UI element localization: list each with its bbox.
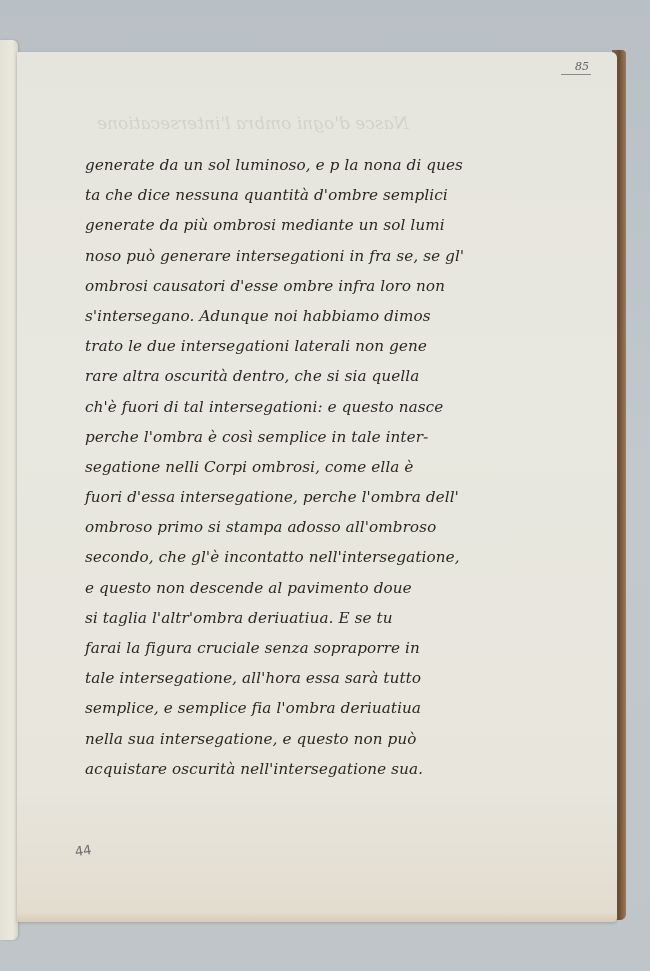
text-line: rare altra oscurità dentro, che si sia q… [85,361,555,391]
text-line: fuori d'essa intersegatione, perche l'om… [85,482,555,512]
text-line: ombroso primo si stampa adosso all'ombro… [85,512,555,542]
text-line: generate da più ombrosi mediante un sol … [85,210,555,240]
text-line: generate da un sol luminoso, e p la nona… [85,150,555,180]
pencil-annotation: 44 [74,843,92,860]
verso-bleed-through: Nasce d'ogni ombra l'intersecatione [97,114,409,134]
text-line: ombrosi causatori d'esse ombre infra lor… [85,271,555,301]
text-line: s'intersegano. Adunque noi habbiamo dimo… [85,301,555,331]
text-line: ta che dice nessuna quantità d'ombre sem… [85,180,555,210]
text-line: semplice, e semplice fia l'ombra deriuat… [85,693,555,723]
text-line: segatione nelli Corpi ombrosi, come ella… [85,452,555,482]
text-line: acquistare oscurità nell'intersegatione … [85,754,555,784]
text-line: e questo non descende al pavimento doue [85,573,555,603]
text-line: perche l'ombra è così semplice in tale i… [85,422,555,452]
folio-number: 85 [561,60,591,75]
text-line: si taglia l'altr'ombra deriuatiua. E se … [85,603,555,633]
manuscript-page: 85 Nasce d'ogni ombra l'intersecatione g… [17,52,617,922]
text-line: farai la figura cruciale senza sopraporr… [85,633,555,663]
text-line: secondo, che gl'è incontatto nell'inters… [85,542,555,572]
text-line: nella sua intersegatione, e questo non p… [85,724,555,754]
text-line: ch'è fuori di tal intersegationi: e ques… [85,392,555,422]
text-line: noso può generare intersegationi in fra … [85,241,555,271]
text-line: tale intersegatione, all'hora essa sarà … [85,663,555,693]
previous-leaf-edge [0,40,18,940]
text-line: trato le due intersegationi laterali non… [85,331,555,361]
handwritten-text-block: generate da un sol luminoso, e p la nona… [85,150,555,784]
